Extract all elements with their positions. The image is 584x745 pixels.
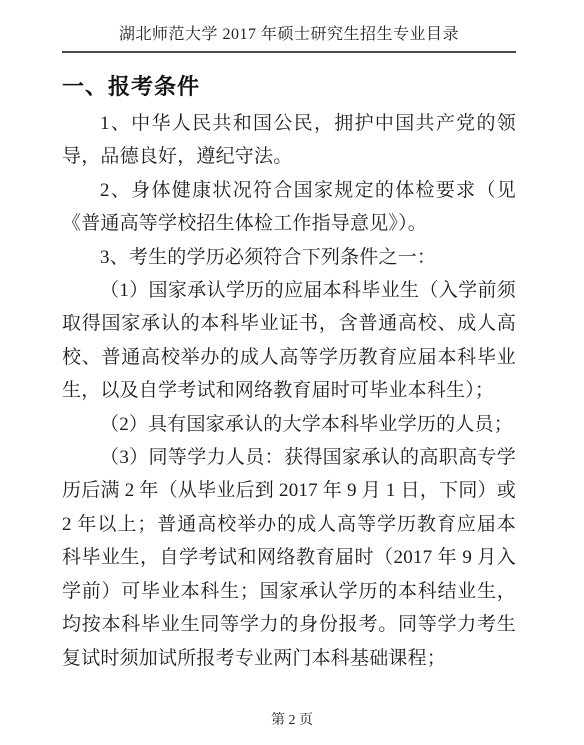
- paragraph: （1）国家承认学历的应届本科毕业生（入学前须取得国家承认的本科毕业证书，含普通高…: [62, 274, 516, 408]
- paragraph: 1、中华人民共和国公民，拥护中国共产党的领导，品德良好，遵纪守法。: [62, 107, 516, 174]
- content-column: 湖北师范大学 2017 年硕士研究生招生专业目录 一、报考条件 1、中华人民共和…: [62, 0, 516, 675]
- section-heading: 一、报考条件: [62, 70, 516, 101]
- paragraph: （3）同等学力人员：获得国家承认的高职高专学历后满 2 年（从毕业后到 2017…: [62, 441, 516, 675]
- paragraph: （2）具有国家承认的大学本科毕业学历的人员；: [62, 408, 516, 441]
- document-body: 1、中华人民共和国公民，拥护中国共产党的领导，品德良好，遵纪守法。 2、身体健康…: [62, 107, 516, 675]
- paragraph: 3、考生的学历必须符合下列条件之一：: [62, 241, 516, 274]
- page-number: 第 2 页: [0, 709, 584, 729]
- paragraph: 2、身体健康状况符合国家规定的体检要求（见《普通高等学校招生体检工作指导意见》）…: [62, 174, 516, 241]
- document-page: 湖北师范大学 2017 年硕士研究生招生专业目录 一、报考条件 1、中华人民共和…: [0, 0, 584, 745]
- document-header-title: 湖北师范大学 2017 年硕士研究生招生专业目录: [62, 0, 516, 53]
